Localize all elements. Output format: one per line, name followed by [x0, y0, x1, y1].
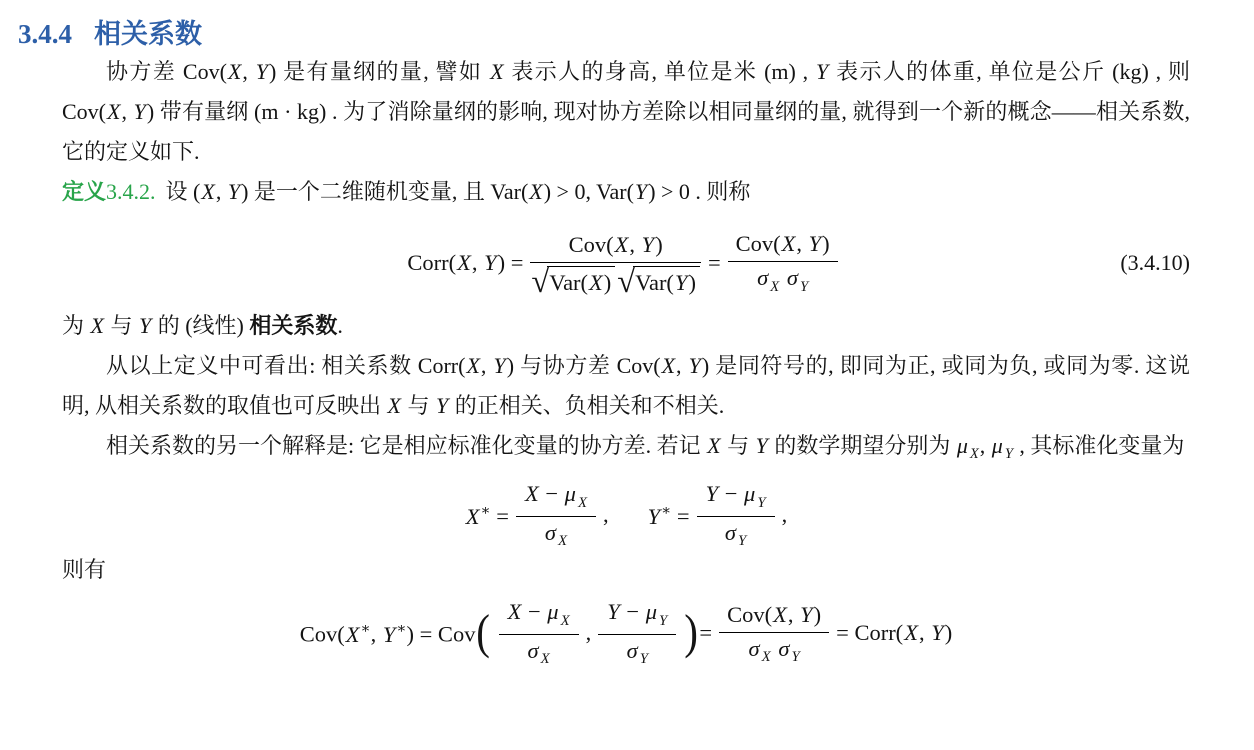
text-segment: 表示人的身高, 单位是米 (m) ,: [505, 59, 815, 84]
eq1-frac2-denominator: σX σY: [728, 262, 838, 296]
text-segment: .: [337, 313, 343, 338]
text-segment: 带有量纲 (m · kg) . 为了消除量纲的影响, 现对协方差除以相同量纲的量…: [62, 99, 1190, 164]
eq1-equals: =: [708, 250, 721, 276]
math-segment: μX, μY: [956, 433, 1014, 458]
definition-line: 定义3.4.2.设 (X, Y) 是一个二维随机变量, 且 Var(X) > 0…: [62, 172, 1190, 212]
section-number: 3.4.4: [18, 19, 72, 49]
equation-standardized-variables: X∗ = X − μX σX , Y∗ = Y − μY σY ,: [62, 480, 1190, 550]
fraction-cov-over-sqrt-vars: Cov(X, Y) √Var(X)√Var(Y): [530, 231, 701, 296]
then-have-text: 则有: [62, 550, 1190, 590]
fraction-y-standardized: Y − μY σY: [697, 480, 775, 550]
radical-sign: √: [531, 269, 549, 295]
math-segment: Cov(X, Y): [62, 99, 154, 124]
text-segment: 相关系数: [249, 313, 337, 338]
text-segment: 的 (线性): [152, 313, 249, 338]
math-segment: Var(X) > 0, Var(Y) > 0: [490, 179, 690, 204]
eq3-rhs: = Corr(X, Y): [836, 620, 952, 646]
fraction-cov-over-sigmas: Cov(X, Y) σX σY: [719, 601, 829, 667]
text-segment: 与: [722, 433, 755, 458]
math-segment: (X, Y): [193, 179, 248, 204]
eq2-lhs2: Y∗ =: [647, 501, 690, 530]
text-segment: 表示人的体重, 单位是公斤 (kg) , 则: [829, 59, 1190, 84]
math-segment: Y: [435, 393, 449, 418]
eq2-lhs1: X∗ =: [465, 501, 509, 530]
radical-sign: √: [617, 269, 635, 295]
equation-number: (3.4.10): [1120, 250, 1190, 276]
text-segment: 为: [62, 313, 90, 338]
textbook-page: 3.4.4相关系数 协方差 Cov(X, Y) 是有量纲的量, 譬如 X 表示人…: [0, 0, 1254, 750]
text-segment: 3.4.2.: [106, 179, 156, 204]
text-segment: 则有: [62, 557, 106, 582]
section-heading: 3.4.4相关系数: [18, 16, 1190, 52]
text-segment: 设: [166, 179, 194, 204]
paragraph-same-sign: 从以上定义中可看出: 相关系数 Corr(X, Y) 与协方差 Cov(X, Y…: [62, 346, 1190, 426]
eq1-frac2-numerator: Cov(X, Y): [728, 230, 838, 262]
equation-x-star-y-star: X∗ = X − μX σX , Y∗ = Y − μY σY ,: [465, 480, 787, 550]
math-segment: Y: [138, 313, 152, 338]
text-segment: 是一个二维随机变量, 且: [248, 179, 490, 204]
text-segment: 从以上定义中可看出: 相关系数: [106, 353, 418, 378]
fraction-x-standardized: X − μX σX: [516, 480, 596, 550]
eq3-lhs: Cov(X∗, Y∗) = Cov: [300, 619, 476, 648]
eq2-comma2: ,: [782, 502, 788, 528]
eq1-frac1-denominator: √Var(X)√Var(Y): [530, 263, 701, 296]
text-segment: 是有量纲的量, 譬如: [276, 59, 489, 84]
math-segment: X: [387, 393, 402, 418]
paragraph-correlation-name: 为 X 与 Y 的 (线性) 相关系数.: [62, 306, 1190, 346]
sqrt-var-x: √Var(X): [531, 266, 615, 296]
fraction-x-standardized: X − μX σX: [499, 598, 579, 668]
math-segment: X: [90, 313, 105, 338]
text-segment: 相关系数的另一个解释是: 它是相应标准化变量的协方差. 若记: [106, 433, 706, 458]
section-title: 相关系数: [94, 19, 202, 49]
math-segment: Cov(X, Y): [617, 353, 710, 378]
fraction-cov-over-sigmas: Cov(X, Y) σX σY: [728, 230, 838, 296]
text-segment: 定义: [62, 179, 106, 204]
math-segment: X: [489, 59, 504, 84]
fraction-y-standardized: Y − μY σY: [598, 598, 676, 668]
equation-corr-definition: Corr(X, Y) = Cov(X, Y) √Var(X)√Var(Y) = …: [407, 230, 844, 296]
math-segment: X: [706, 433, 721, 458]
paragraph-standardized-interpretation: 相关系数的另一个解释是: 它是相应标准化变量的协方差. 若记 X 与 Y 的数学…: [62, 426, 1190, 474]
text-segment: . 则称: [690, 179, 751, 204]
equation-3-4-10: Corr(X, Y) = Cov(X, Y) √Var(X)√Var(Y) = …: [62, 220, 1190, 306]
eq1-lhs: Corr(X, Y) =: [407, 250, 523, 276]
text-segment: , 其标准化变量为: [1014, 433, 1185, 458]
math-segment: Corr(X, Y): [418, 353, 514, 378]
text-segment: 的数学期望分别为: [769, 433, 956, 458]
equation-cov-star-equals-corr: Cov(X∗, Y∗) = Cov ( X − μX σX , Y − μY σ…: [300, 598, 952, 668]
text-segment: 协方差: [106, 59, 183, 84]
math-segment: Y: [755, 433, 769, 458]
math-segment: Y: [815, 59, 829, 84]
equation-cov-standardized: Cov(X∗, Y∗) = Cov ( X − μX σX , Y − μY σ…: [62, 592, 1190, 674]
eq3-equals1: =: [699, 620, 712, 646]
math-segment: Cov(X, Y): [183, 59, 276, 84]
text-segment: 与: [402, 393, 435, 418]
sqrt-var-y: √Var(Y): [617, 266, 700, 296]
text-segment: 与协方差: [514, 353, 616, 378]
eq3-comma: ,: [586, 620, 592, 646]
text-segment: 的正相关、负相关和不相关.: [449, 393, 724, 418]
eq2-comma1: ,: [603, 502, 609, 528]
paragraph-covariance-units: 协方差 Cov(X, Y) 是有量纲的量, 譬如 X 表示人的身高, 单位是米 …: [62, 52, 1190, 172]
eq1-frac1-numerator: Cov(X, Y): [530, 231, 701, 263]
text-segment: 与: [105, 313, 138, 338]
